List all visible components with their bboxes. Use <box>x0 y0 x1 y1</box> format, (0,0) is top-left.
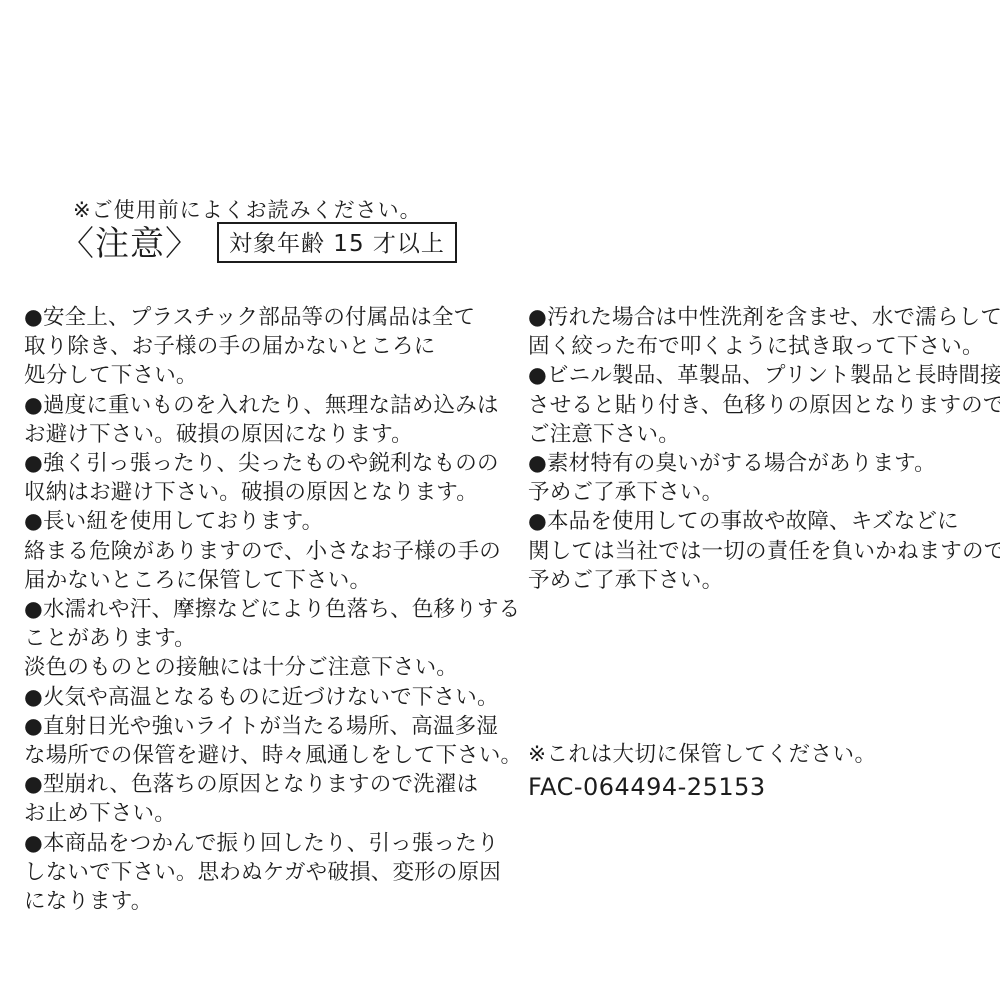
caution-line: お避け下さい。破損の原因になります。 <box>24 420 514 449</box>
caution-list-left: ●安全上、プラスチック部品等の付属品は全て取り除き、お子様の手の届かないところに… <box>24 303 514 916</box>
caution-list-right: ●汚れた場合は中性洗剤を含ませ、水で濡らして固く絞った布で叩くように拭き取って下… <box>528 303 993 595</box>
caution-line: させると貼り付き、色移りの原因となりますので <box>528 391 993 420</box>
keep-safe-note: ※これは大切に保管してください。 <box>528 740 877 770</box>
caution-line: ●素材特有の臭いがする場合があります。 <box>528 449 993 478</box>
caution-line: お止め下さい。 <box>24 799 514 828</box>
caution-line: 淡色のものとの接触には十分ご注意下さい。 <box>24 653 514 682</box>
caution-line: ●強く引っ張ったり、尖ったものや鋭利なものの <box>24 449 514 478</box>
caution-line: ●長い紐を使用しております。 <box>24 507 514 536</box>
caution-header: 〈注意〉 対象年齢 15 才以上 <box>60 216 457 265</box>
caution-line: 関しては当社では一切の責任を負いかねますので、 <box>528 537 993 566</box>
caution-line: ご注意下さい。 <box>528 420 993 449</box>
caution-title: 〈注意〉 <box>60 216 200 265</box>
caution-sheet: ※ご使用前によくお読みください。 〈注意〉 対象年齢 15 才以上 ●安全上、プ… <box>0 0 1000 1000</box>
caution-line: 届かないところに保管して下さい。 <box>24 566 514 595</box>
caution-line: 収納はお避け下さい。破損の原因となります。 <box>24 478 514 507</box>
footer-note: ※これは大切に保管してください。 FAC-064494-25153 <box>528 740 877 802</box>
caution-line: ●ビニル製品、革製品、プリント製品と長時間接触 <box>528 361 993 390</box>
caution-line: 固く絞った布で叩くように拭き取って下さい。 <box>528 332 993 361</box>
caution-line: な場所での保管を避け、時々風通しをして下さい。 <box>24 741 514 770</box>
caution-line: ことがあります。 <box>24 624 514 653</box>
caution-line: ●本品を使用しての事故や故障、キズなどに <box>528 507 993 536</box>
caution-line: ●過度に重いものを入れたり、無理な詰め込みは <box>24 391 514 420</box>
caution-line: ●直射日光や強いライトが当たる場所、高温多湿 <box>24 712 514 741</box>
caution-line: ●火気や高温となるものに近づけないで下さい。 <box>24 683 514 712</box>
caution-line: 取り除き、お子様の手の届かないところに <box>24 332 514 361</box>
caution-line: になります。 <box>24 887 514 916</box>
caution-line: 処分して下さい。 <box>24 361 514 390</box>
age-range-box: 対象年齢 15 才以上 <box>217 222 457 263</box>
caution-line: ●安全上、プラスチック部品等の付属品は全て <box>24 303 514 332</box>
caution-line: ●本商品をつかんで振り回したり、引っ張ったり <box>24 829 514 858</box>
caution-line: 予めご了承下さい。 <box>528 478 993 507</box>
caution-line: 予めご了承下さい。 <box>528 566 993 595</box>
caution-line: ●汚れた場合は中性洗剤を含ませ、水で濡らして <box>528 303 993 332</box>
caution-line: 絡まる危険がありますので、小さなお子様の手の <box>24 537 514 566</box>
product-code: FAC-064494-25153 <box>528 772 877 802</box>
caution-line: ●水濡れや汗、摩擦などにより色落ち、色移りする <box>24 595 514 624</box>
caution-line: しないで下さい。思わぬケガや破損、変形の原因 <box>24 858 514 887</box>
caution-line: ●型崩れ、色落ちの原因となりますので洗濯は <box>24 770 514 799</box>
